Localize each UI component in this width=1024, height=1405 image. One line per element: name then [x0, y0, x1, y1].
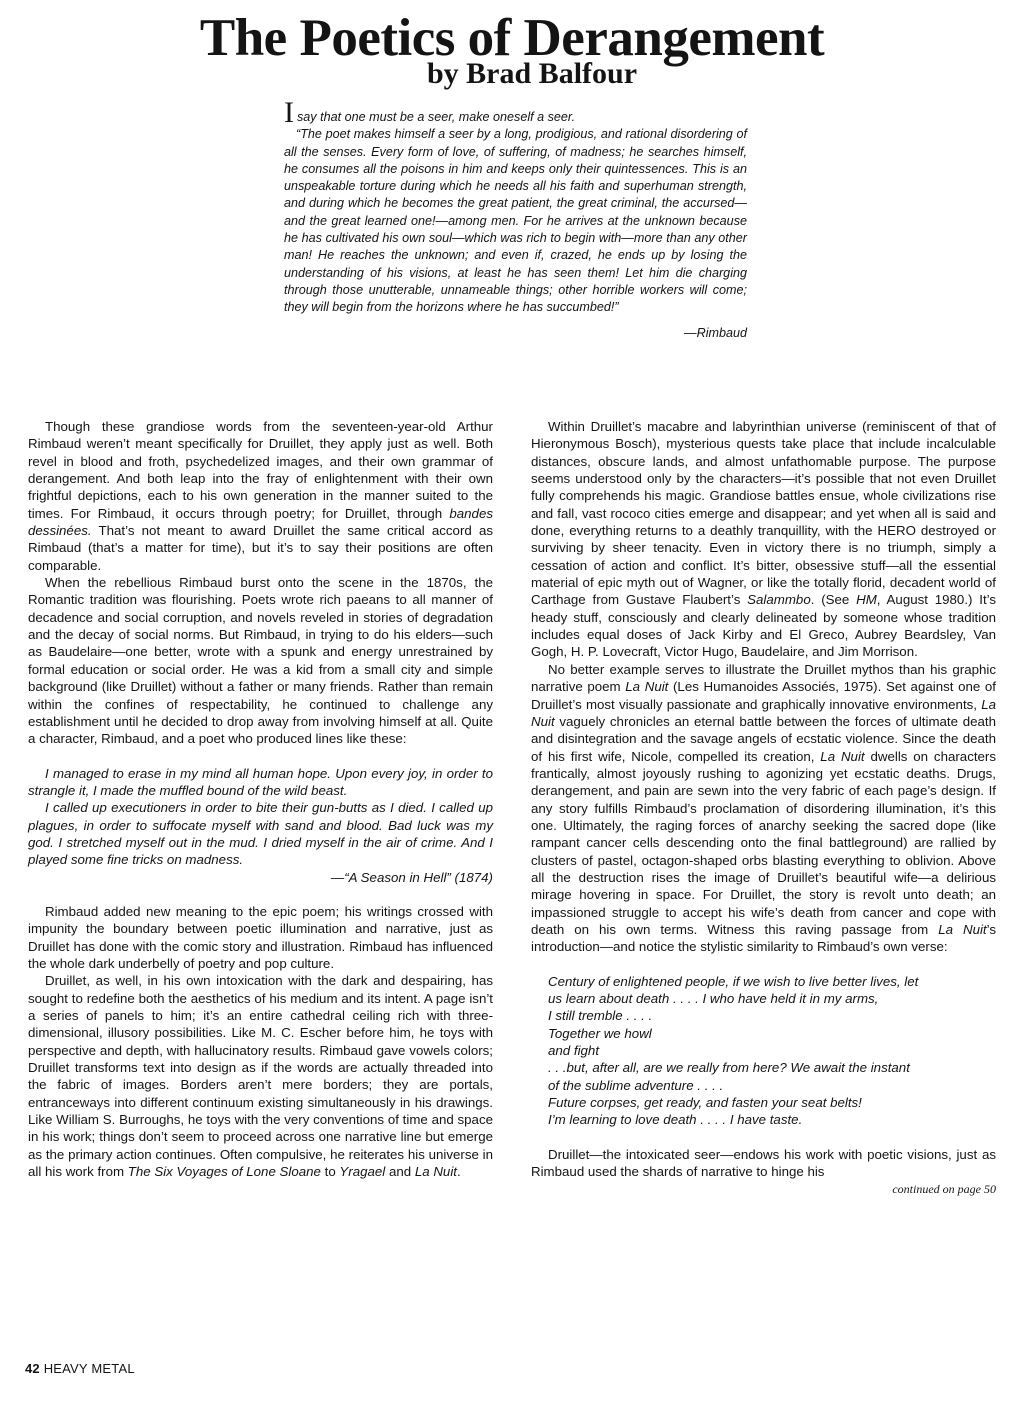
paragraph: Rimbaud added new meaning to the epic po… — [28, 903, 493, 972]
continued-notice: continued on page 50 — [531, 1181, 996, 1198]
paragraph: When the rebellious Rimbaud burst onto t… — [28, 574, 493, 747]
text: dwells on characters frantically, almost… — [531, 749, 996, 937]
magazine-abbrev: HM — [856, 592, 877, 607]
text: Druillet, as well, in his own intoxicati… — [28, 973, 493, 1179]
epigraph: Isay that one must be a seer, make onese… — [284, 103, 747, 342]
text: Though these grandiose words from the se… — [28, 419, 493, 521]
work-title: La Nuit — [820, 749, 864, 764]
paragraph: Druillet—the intoxicated seer—endows his… — [531, 1146, 996, 1181]
right-column: Within Druillet’s macabre and labyrinthi… — [531, 418, 996, 1199]
magazine-name: HEAVY METAL — [44, 1361, 135, 1376]
text: Within Druillet’s macabre and labyrinthi… — [531, 419, 996, 607]
work-title: La Nuit — [625, 679, 668, 694]
block-quote: I managed to erase in my mind all human … — [28, 765, 493, 869]
verse-line: and fight — [548, 1042, 996, 1059]
verse-line: . . .but, after all, are we really from … — [548, 1059, 996, 1076]
text: . (See — [811, 592, 856, 607]
text: That’s not meant to award Druillet the s… — [28, 523, 493, 573]
verse-quote: Century of enlightened people, if we wis… — [548, 973, 996, 1129]
paragraph: Druillet, as well, in his own intoxicati… — [28, 972, 493, 1180]
epigraph-line: say that one must be a seer, make onesel… — [297, 110, 575, 124]
text: and — [385, 1164, 415, 1179]
left-column: Though these grandiose words from the se… — [28, 418, 493, 1180]
work-title: The Six Voyages of Lone Sloane — [128, 1164, 321, 1179]
verse-line: I’m learning to love death . . . . I hav… — [548, 1111, 996, 1128]
paragraph: Within Druillet’s macabre and labyrinthi… — [531, 418, 996, 661]
text: . — [457, 1164, 461, 1179]
verse-line: us learn about death . . . . I who have … — [548, 990, 996, 1007]
verse-line: of the sublime adventure . . . . — [548, 1077, 996, 1094]
page-footer: 42 HEAVY METAL — [25, 1361, 135, 1376]
drop-cap: I — [284, 96, 294, 129]
epigraph-quote: “The poet makes himself a seer by a long… — [284, 126, 747, 316]
quote-paragraph: I managed to erase in my mind all human … — [28, 765, 493, 800]
article-byline: by Brad Balfour — [0, 57, 1024, 91]
verse-line: Century of enlightened people, if we wis… — [548, 973, 996, 990]
work-title: Salammbo — [747, 592, 811, 607]
epigraph-opening: Isay that one must be a seer, make onese… — [284, 103, 747, 126]
epigraph-attribution: —Rimbaud — [284, 325, 747, 342]
text: to — [321, 1164, 339, 1179]
work-title: Yragael — [339, 1164, 385, 1179]
page-number: 42 — [25, 1361, 40, 1376]
quote-paragraph: I called up executioners in order to bit… — [28, 799, 493, 868]
quote-attribution: —“A Season in Hell” (1874) — [28, 869, 493, 886]
verse-line: Future corpses, get ready, and fasten yo… — [548, 1094, 996, 1111]
work-title: La Nuit — [938, 922, 986, 937]
verse-line: I still tremble . . . . — [548, 1007, 996, 1024]
paragraph: No better example serves to illustrate t… — [531, 661, 996, 956]
verse-line: Together we howl — [548, 1025, 996, 1042]
paragraph: Though these grandiose words from the se… — [28, 418, 493, 574]
work-title: La Nuit — [415, 1164, 457, 1179]
